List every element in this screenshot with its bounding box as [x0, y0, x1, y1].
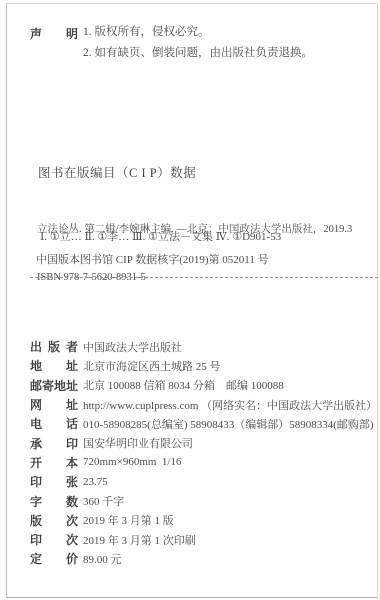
colophon-row-label: 版次 — [30, 512, 78, 529]
colophon-row-label: 出版者 — [30, 338, 78, 355]
colophon-row-label: 邮寄地址 — [30, 377, 78, 394]
colophon-row: 电话 010-58908285(总编室) 58908433（编辑部）589083… — [30, 414, 376, 433]
colophon-row-value: 360 千字 — [83, 493, 124, 509]
colophon-row-value: 89.00 元 — [83, 551, 122, 567]
cip-classification-line: Ⅰ. ①立… Ⅱ. ①李… Ⅲ. ①立法－文集 Ⅳ. ①D901-53 — [40, 230, 281, 244]
copyright-page: 声明 1. 版权所有，侵权必究。 2. 如有缺页、倒装问题，由出版社负责退换。 … — [0, 0, 380, 600]
statement-section: 声明 1. 版权所有，侵权必究。 2. 如有缺页、倒装问题，由出版社负责退换。 — [30, 24, 368, 66]
colophon-row-value: 中国政法大学出版社 — [83, 339, 182, 355]
colophon-row-label: 印次 — [30, 531, 78, 548]
colophon-row: 出版者 中国政法大学出版社 — [30, 337, 376, 356]
colophon-row-value: 010-58908285(总编室) 58908433（编辑部）58908334(… — [83, 416, 374, 432]
colophon-table: 出版者 中国政法大学出版社 地址 北京市海淀区西土城路 25 号 邮寄地址 北京… — [30, 337, 376, 569]
dashed-divider — [30, 277, 378, 278]
colophon-row: 承印 国安华明印业有限公司 — [30, 433, 376, 452]
colophon-row: 定价 89.00 元 — [30, 549, 376, 568]
colophon-row: 地址 北京市海淀区西土城路 25 号 — [30, 356, 376, 375]
colophon-row-label: 开本 — [30, 454, 78, 471]
colophon-row-label: 承印 — [30, 435, 78, 452]
colophon-row-value: http://www.cuplpress.com （网络实名：中国政法大学出版社… — [83, 397, 376, 413]
colophon-row-value: 北京 100088 信箱 8034 分箱 邮编 100088 — [83, 377, 284, 393]
colophon-row-value: 2019 年 3 月第 1 次印刷 — [83, 532, 196, 548]
statement-lines: 1. 版权所有，侵权必究。 2. 如有缺页、倒装问题，由出版社负责退换。 — [83, 24, 313, 66]
colophon-row: 网址 http://www.cuplpress.com （网络实名：中国政法大学… — [30, 395, 376, 414]
colophon-row-label: 字数 — [30, 493, 78, 510]
colophon-row-value: 国安华明印业有限公司 — [83, 435, 193, 451]
colophon-row-label: 电话 — [30, 415, 78, 432]
colophon-row-value: 23.75 — [83, 476, 108, 488]
colophon-row-label: 印张 — [30, 473, 78, 490]
colophon-row: 印张 23.75 — [30, 472, 376, 491]
colophon-row-value: 720mm×960mm 1/16 — [83, 456, 181, 468]
cip-record-number-line: 中国版本图书馆 CIP 数据核字(2019)第 052011 号 — [36, 253, 269, 267]
colophon-row: 印次 2019 年 3 月第 1 次印刷 — [30, 530, 376, 549]
colophon-row: 邮寄地址 北京 100088 信箱 8034 分箱 邮编 100088 — [30, 376, 376, 395]
colophon-row-label: 网址 — [30, 396, 78, 413]
colophon-row-value: 北京市海淀区西土城路 25 号 — [83, 358, 221, 374]
colophon-row-label: 定价 — [30, 550, 78, 567]
colophon-row-value: 2019 年 3 月第 1 版 — [83, 512, 174, 528]
colophon-row: 版次 2019 年 3 月第 1 版 — [30, 511, 376, 530]
statement-label: 声明 — [30, 25, 78, 66]
statement-line: 2. 如有缺页、倒装问题，由出版社负责退换。 — [83, 45, 313, 61]
cip-heading: 图书在版编目（C I P）数据 — [38, 166, 196, 180]
colophon-row-label: 地址 — [30, 357, 78, 374]
cip-isbn-line: ISBN 978-7-5620-8931-5 — [37, 270, 352, 286]
colophon-row: 字数 360 千字 — [30, 491, 376, 510]
statement-line: 1. 版权所有，侵权必究。 — [83, 24, 313, 40]
colophon-row: 开本 720mm×960mm 1/16 — [30, 453, 376, 472]
